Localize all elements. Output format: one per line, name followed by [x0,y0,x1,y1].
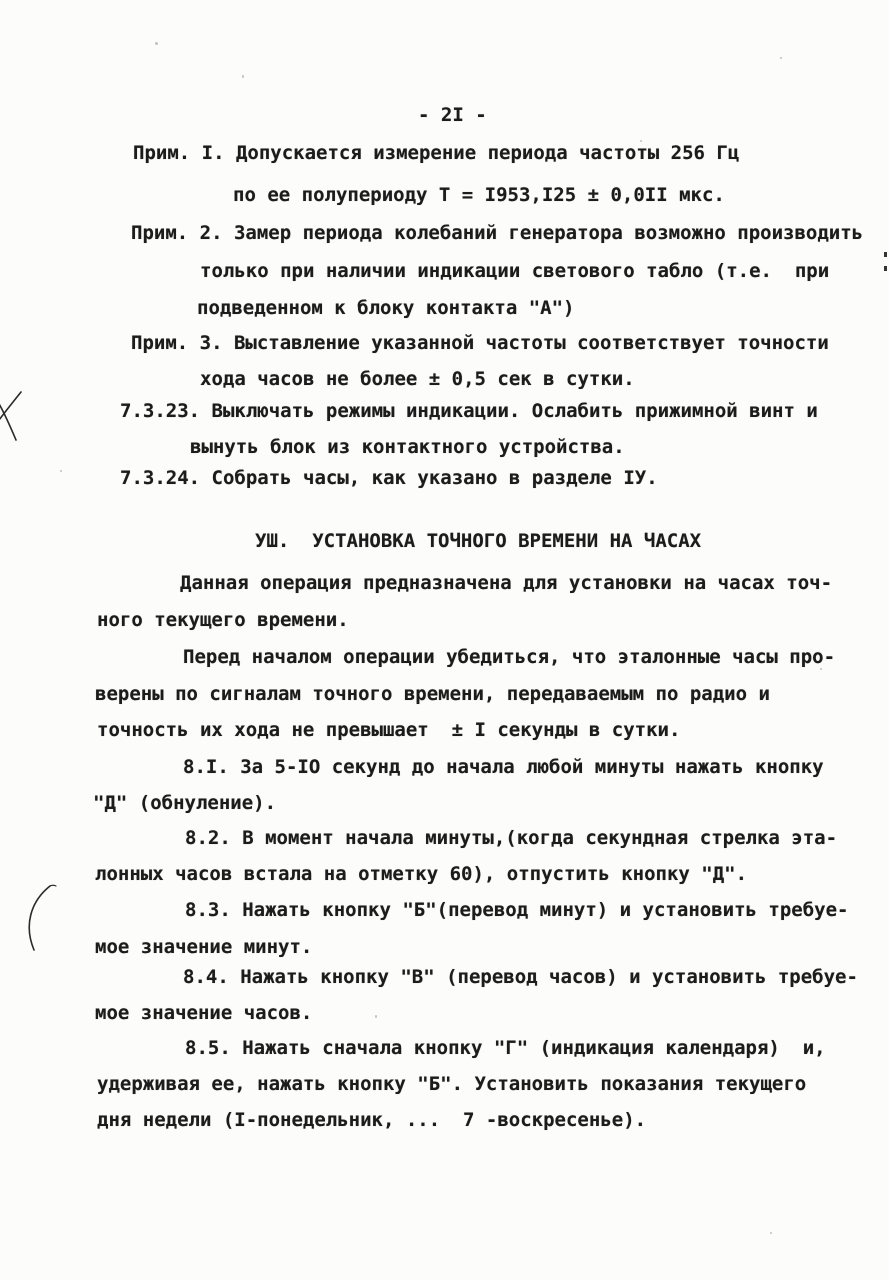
scan-speck [155,42,158,45]
item-8-4-line-2: мое значение часов. [95,1001,312,1025]
item-8-3-line-1: 8.3. Нажать кнопку "Б"(перевод минут) и … [185,898,848,922]
scan-speck [820,668,822,670]
document-page: - 2I - Прим. I. Допускается измерение пе… [0,0,889,1280]
item-8-2-line-1: 8.2. В момент начала минуты,(когда секун… [185,826,837,850]
note-1-line-2: по ее полупериоду Т = I953,I25 ± 0,0II м… [233,183,725,207]
precondition-line-2: верены по сигналам точного времени, пере… [95,682,770,706]
item-8-3-line-2: мое значение минут. [95,935,312,959]
note-2-line-1: Прим. 2. Замер периода колебаний генерат… [131,221,863,245]
page-number: - 2I - [418,103,487,127]
note-2-line-3: подведенном к блоку контакта "А") [197,296,575,320]
item-8-5-line-1: 8.5. Нажать сначала кнопку "Г" (индикаци… [185,1036,826,1060]
section-heading: УШ. УСТАНОВКА ТОЧНОГО ВРЕМЕНИ НА ЧАСАХ [255,529,701,553]
scan-speck [770,1232,772,1234]
scan-speck [640,140,642,142]
item-8-5-line-3: дня недели (I-понедельник, ... 7 -воскре… [97,1108,646,1132]
edge-artifact [883,252,889,274]
item-7-3-23-line-2: вынуть блок из контактного устройства. [190,435,625,459]
scan-speck [242,75,244,78]
scan-speck [780,57,782,59]
item-8-1-line-1: 8.I. За 5-IO секунд до начала любой мину… [183,755,824,779]
intro-line-2: ного текущего времени. [97,608,349,632]
precondition-line-1: Перед началом операции убедиться, что эт… [183,645,835,669]
note-2-line-2: только при наличии индикации светового т… [200,259,829,283]
item-8-4-line-1: 8.4. Нажать кнопку "В" (перевод часов) и… [183,965,858,989]
item-7-3-23-line-1: 7.3.23. Выключать режимы индикации. Осла… [120,399,818,423]
item-8-5-line-2: удерживая ее, нажать кнопку "Б". Установ… [97,1072,806,1096]
item-7-3-24-line-1: 7.3.24. Собрать часы, как указано в разд… [120,466,658,490]
margin-scribble-icon [0,388,27,448]
note-3-line-2: хода часов не более ± 0,5 сек в сутки. [200,367,635,391]
item-8-2-line-2: лонных часов встала на отметку 60), отпу… [95,862,747,886]
intro-line-1: Данная операция предназначена для устано… [180,571,832,595]
margin-parenthesis-icon [16,882,58,956]
scan-speck [60,470,62,472]
note-3-line-1: Прим. 3. Выставление указанной частоты с… [131,331,829,355]
note-1-line-1: Прим. I. Допускается измерение периода ч… [133,141,739,165]
scan-speck [375,1015,377,1018]
item-8-1-line-2: "Д" (обнуление). [93,791,276,815]
precondition-line-3: точность их хода не превышает ± I секунд… [97,718,680,742]
